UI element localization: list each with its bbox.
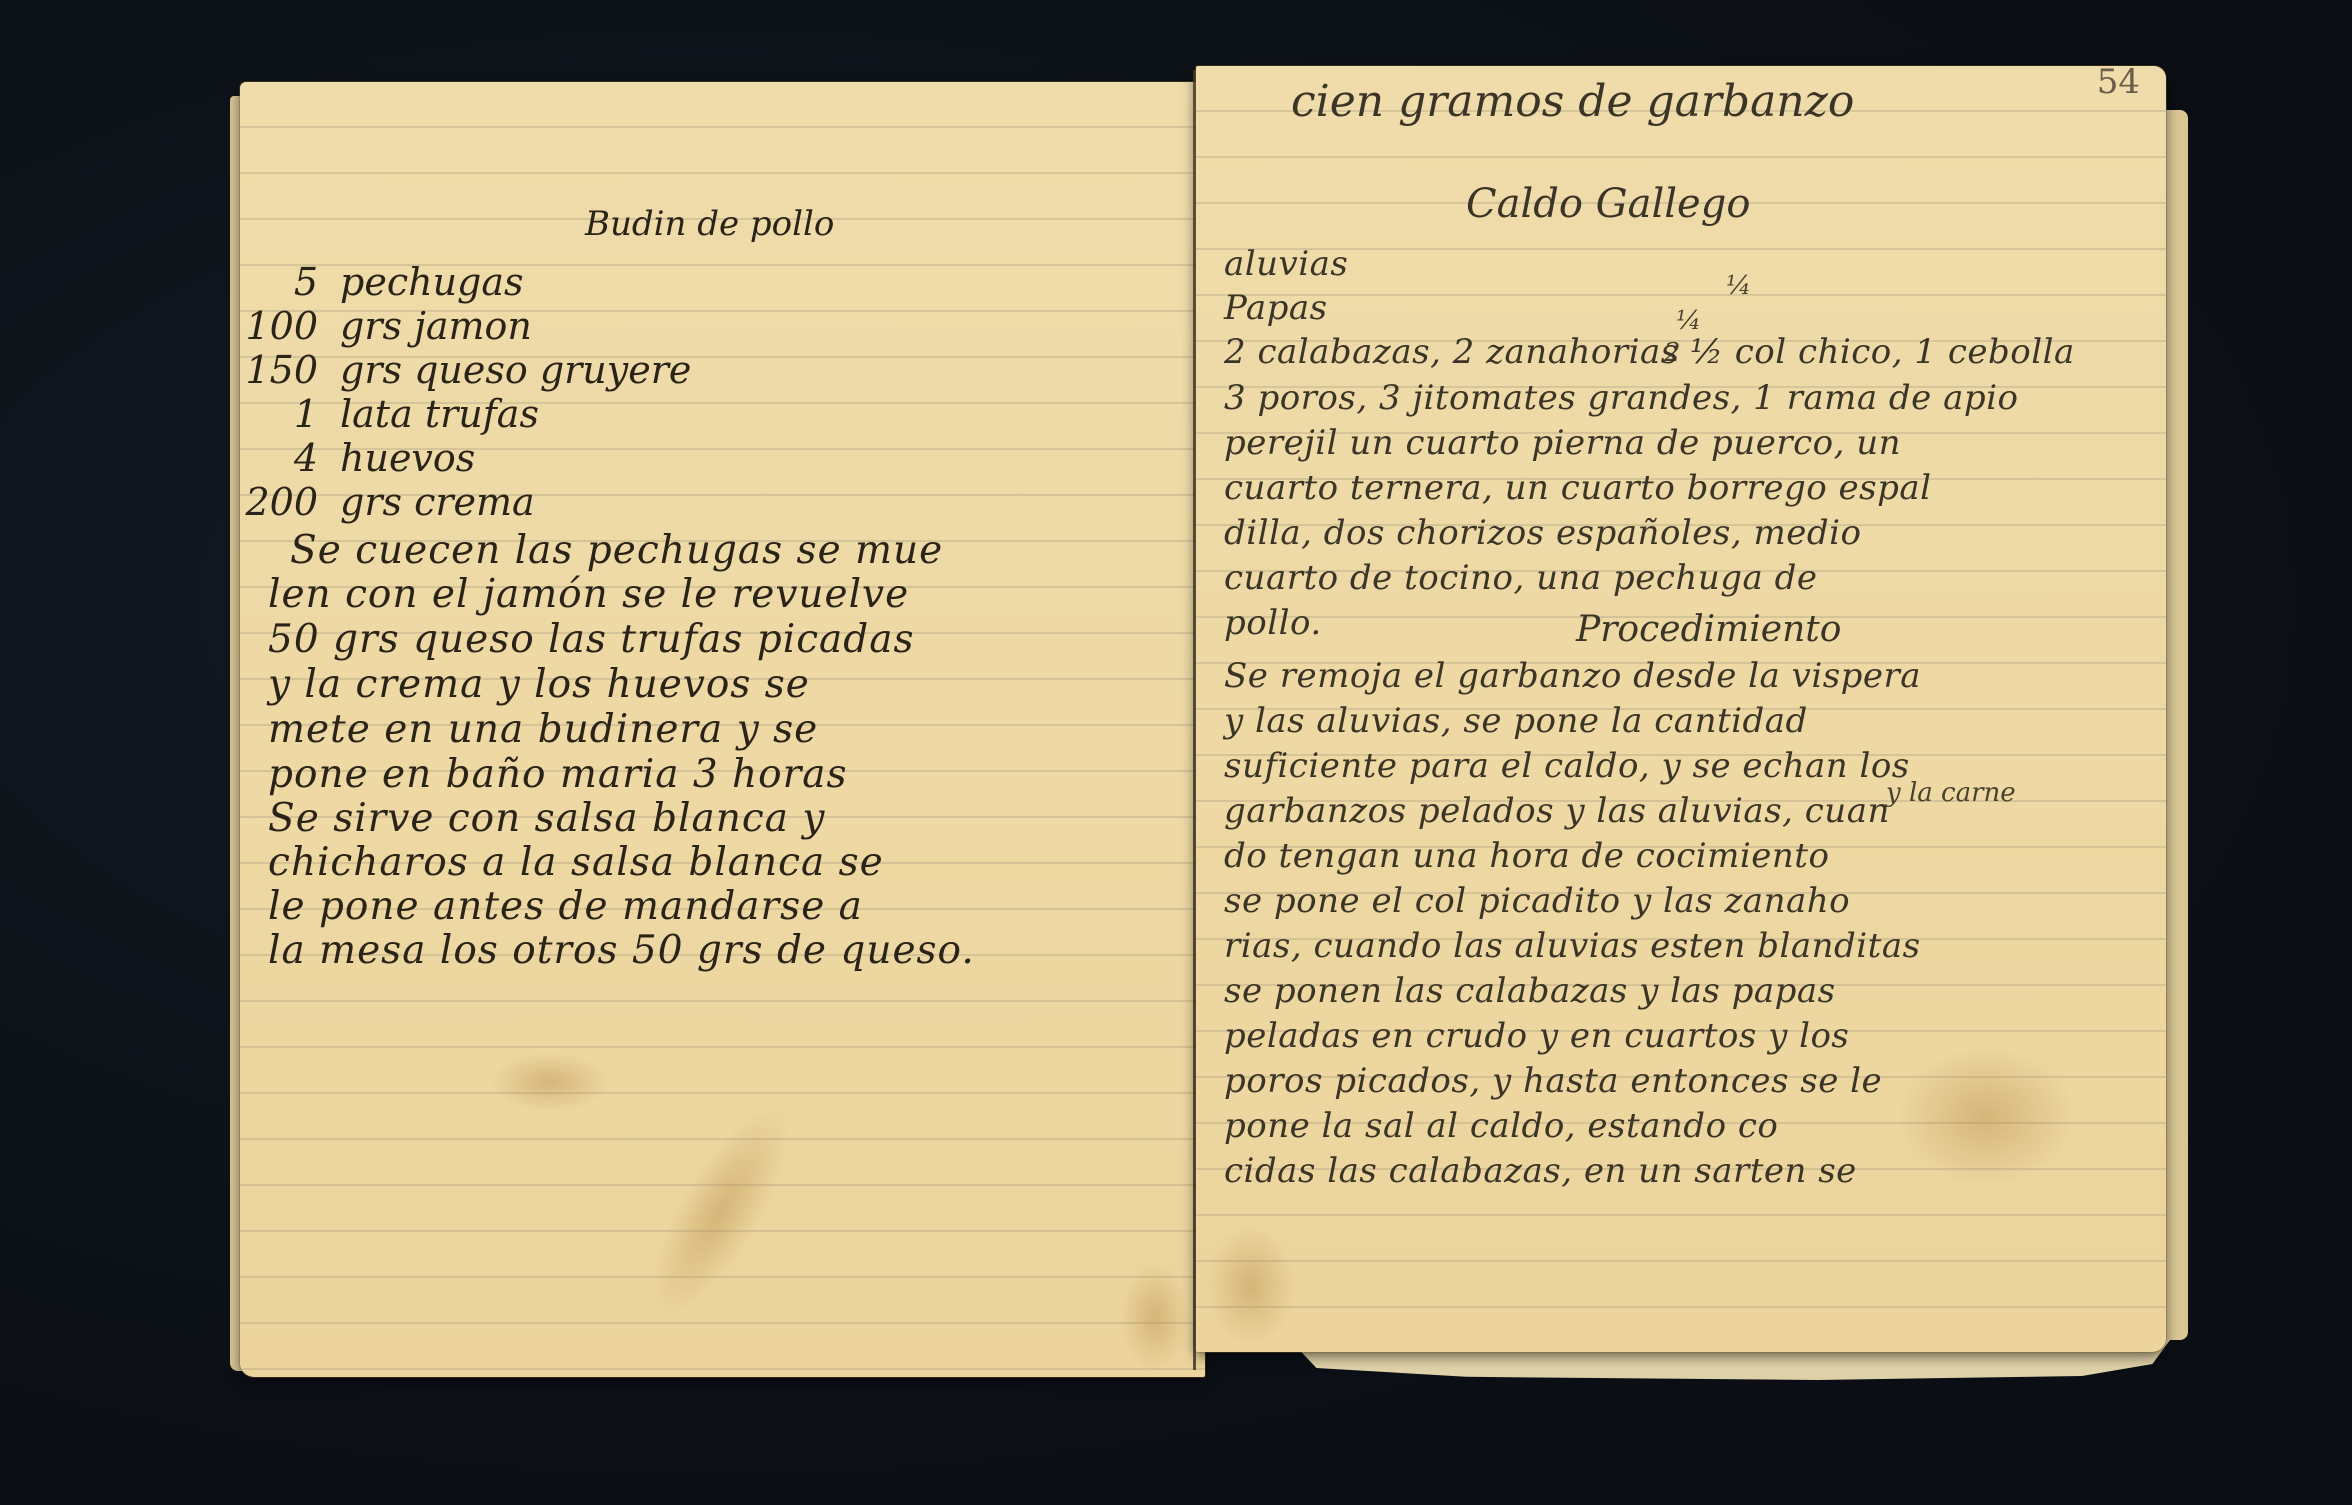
ingredient-line: 1lata trufas bbox=[240, 392, 539, 436]
ingredient-item: grs crema bbox=[340, 480, 535, 524]
ingredient-qty: 1 bbox=[240, 392, 318, 436]
procedure-line: poros picados, y hasta entonces se le bbox=[1224, 1061, 1882, 1101]
ingredient-line: aluvias bbox=[1224, 244, 1348, 284]
ingredient-item: huevos bbox=[340, 436, 475, 480]
left-page: Budin de pollo 5pechugas 100grs jamon 15… bbox=[240, 82, 1205, 1377]
water-stain bbox=[490, 1052, 610, 1112]
ingredient-qty: 4 bbox=[240, 436, 318, 480]
instruction-line: la mesa los otros 50 grs de queso. bbox=[268, 928, 975, 973]
right-page: cien gramos de garbanzo 54 Caldo Gallego… bbox=[1196, 66, 2166, 1352]
procedure-line: pone la sal al caldo, estando co bbox=[1224, 1106, 1778, 1146]
ingredient-line: 3 poros, 3 jitomates grandes, 1 rama de … bbox=[1224, 378, 2019, 418]
margin-annotation: ¼ bbox=[1726, 271, 1751, 301]
procedure-line: suficiente para el caldo, y se echan los bbox=[1224, 746, 1910, 786]
recipe-title: Budin de pollo bbox=[585, 204, 834, 244]
ingredient-line: cuarto ternera, un cuarto borrego espal bbox=[1224, 468, 1932, 508]
ingredient-line: 2 calabazas, 2 zanahorias ½ col chico, 1… bbox=[1224, 332, 2075, 372]
procedure-line: se pone el col picadito y las zanaho bbox=[1224, 881, 1850, 921]
ingredient-qty: 5 bbox=[240, 260, 318, 304]
procedure-line: cidas las calabazas, en un sarten se bbox=[1224, 1151, 1857, 1191]
instruction-line: pone en baño maria 3 horas bbox=[268, 752, 848, 797]
ingredient-line: perejil un cuarto pierna de puerco, un bbox=[1224, 423, 1901, 463]
ingredient-line: pollo. bbox=[1224, 603, 1322, 643]
ingredient-line: 100grs jamon bbox=[240, 304, 532, 348]
ingredient-qty: 150 bbox=[240, 348, 318, 392]
ingredient-item: grs jamon bbox=[340, 304, 532, 348]
procedure-line: do tengan una hora de cocimiento bbox=[1224, 836, 1829, 876]
ingredient-line: dilla, dos chorizos españoles, medio bbox=[1224, 513, 1861, 553]
instruction-line: chicharos a la salsa blanca se bbox=[268, 840, 884, 885]
instruction-line: le pone antes de mandarse a bbox=[268, 884, 863, 929]
ingredient-line: 150grs queso gruyere bbox=[240, 348, 691, 392]
recipe-title: Caldo Gallego bbox=[1466, 181, 1750, 227]
ingredient-item: pechugas bbox=[340, 260, 524, 304]
ingredient-line: cuarto de tocino, una pechuga de bbox=[1224, 558, 1817, 598]
procedure-line: peladas en crudo y en cuartos y los bbox=[1224, 1016, 1849, 1056]
ingredient-item: grs queso gruyere bbox=[340, 348, 691, 392]
procedure-line: Se remoja el garbanzo desde la vispera bbox=[1224, 656, 1921, 696]
instruction-line: 50 grs queso las trufas picadas bbox=[268, 617, 915, 662]
water-stain bbox=[1120, 1262, 1190, 1372]
instruction-line: Se sirve con salsa blanca y bbox=[268, 796, 825, 841]
ingredient-line: 5pechugas bbox=[240, 260, 524, 304]
header-note: cien gramos de garbanzo bbox=[1291, 76, 1854, 127]
ingredient-line: Papas bbox=[1224, 288, 1328, 328]
procedure-title: Procedimiento bbox=[1576, 609, 1841, 650]
ingredient-line: 4huevos bbox=[240, 436, 475, 480]
water-stain bbox=[1206, 1226, 1296, 1346]
ingredient-qty: 100 bbox=[240, 304, 318, 348]
instruction-line: mete en una budinera y se bbox=[268, 707, 818, 752]
ingredient-qty: 200 bbox=[240, 480, 318, 524]
interlinear-note: y la carne bbox=[1886, 778, 2016, 808]
procedure-line: rias, cuando las aluvias esten blanditas bbox=[1224, 926, 1921, 966]
ingredient-line: 200grs crema bbox=[240, 480, 535, 524]
water-stain bbox=[625, 1088, 814, 1336]
procedure-line: se ponen las calabazas y las papas bbox=[1224, 971, 1836, 1011]
instruction-line: Se cuecen las pechugas se mue bbox=[290, 528, 943, 573]
instruction-line: len con el jamón se le revuelve bbox=[268, 572, 909, 617]
ingredient-item: lata trufas bbox=[340, 392, 539, 436]
procedure-line: y las aluvias, se pone la cantidad bbox=[1224, 701, 1808, 741]
page-number: 54 bbox=[2097, 62, 2140, 102]
instruction-line: y la crema y los huevos se bbox=[268, 662, 810, 707]
water-stain bbox=[1896, 1046, 2076, 1186]
procedure-line: garbanzos pelados y las aluvias, cuan bbox=[1224, 791, 1890, 831]
